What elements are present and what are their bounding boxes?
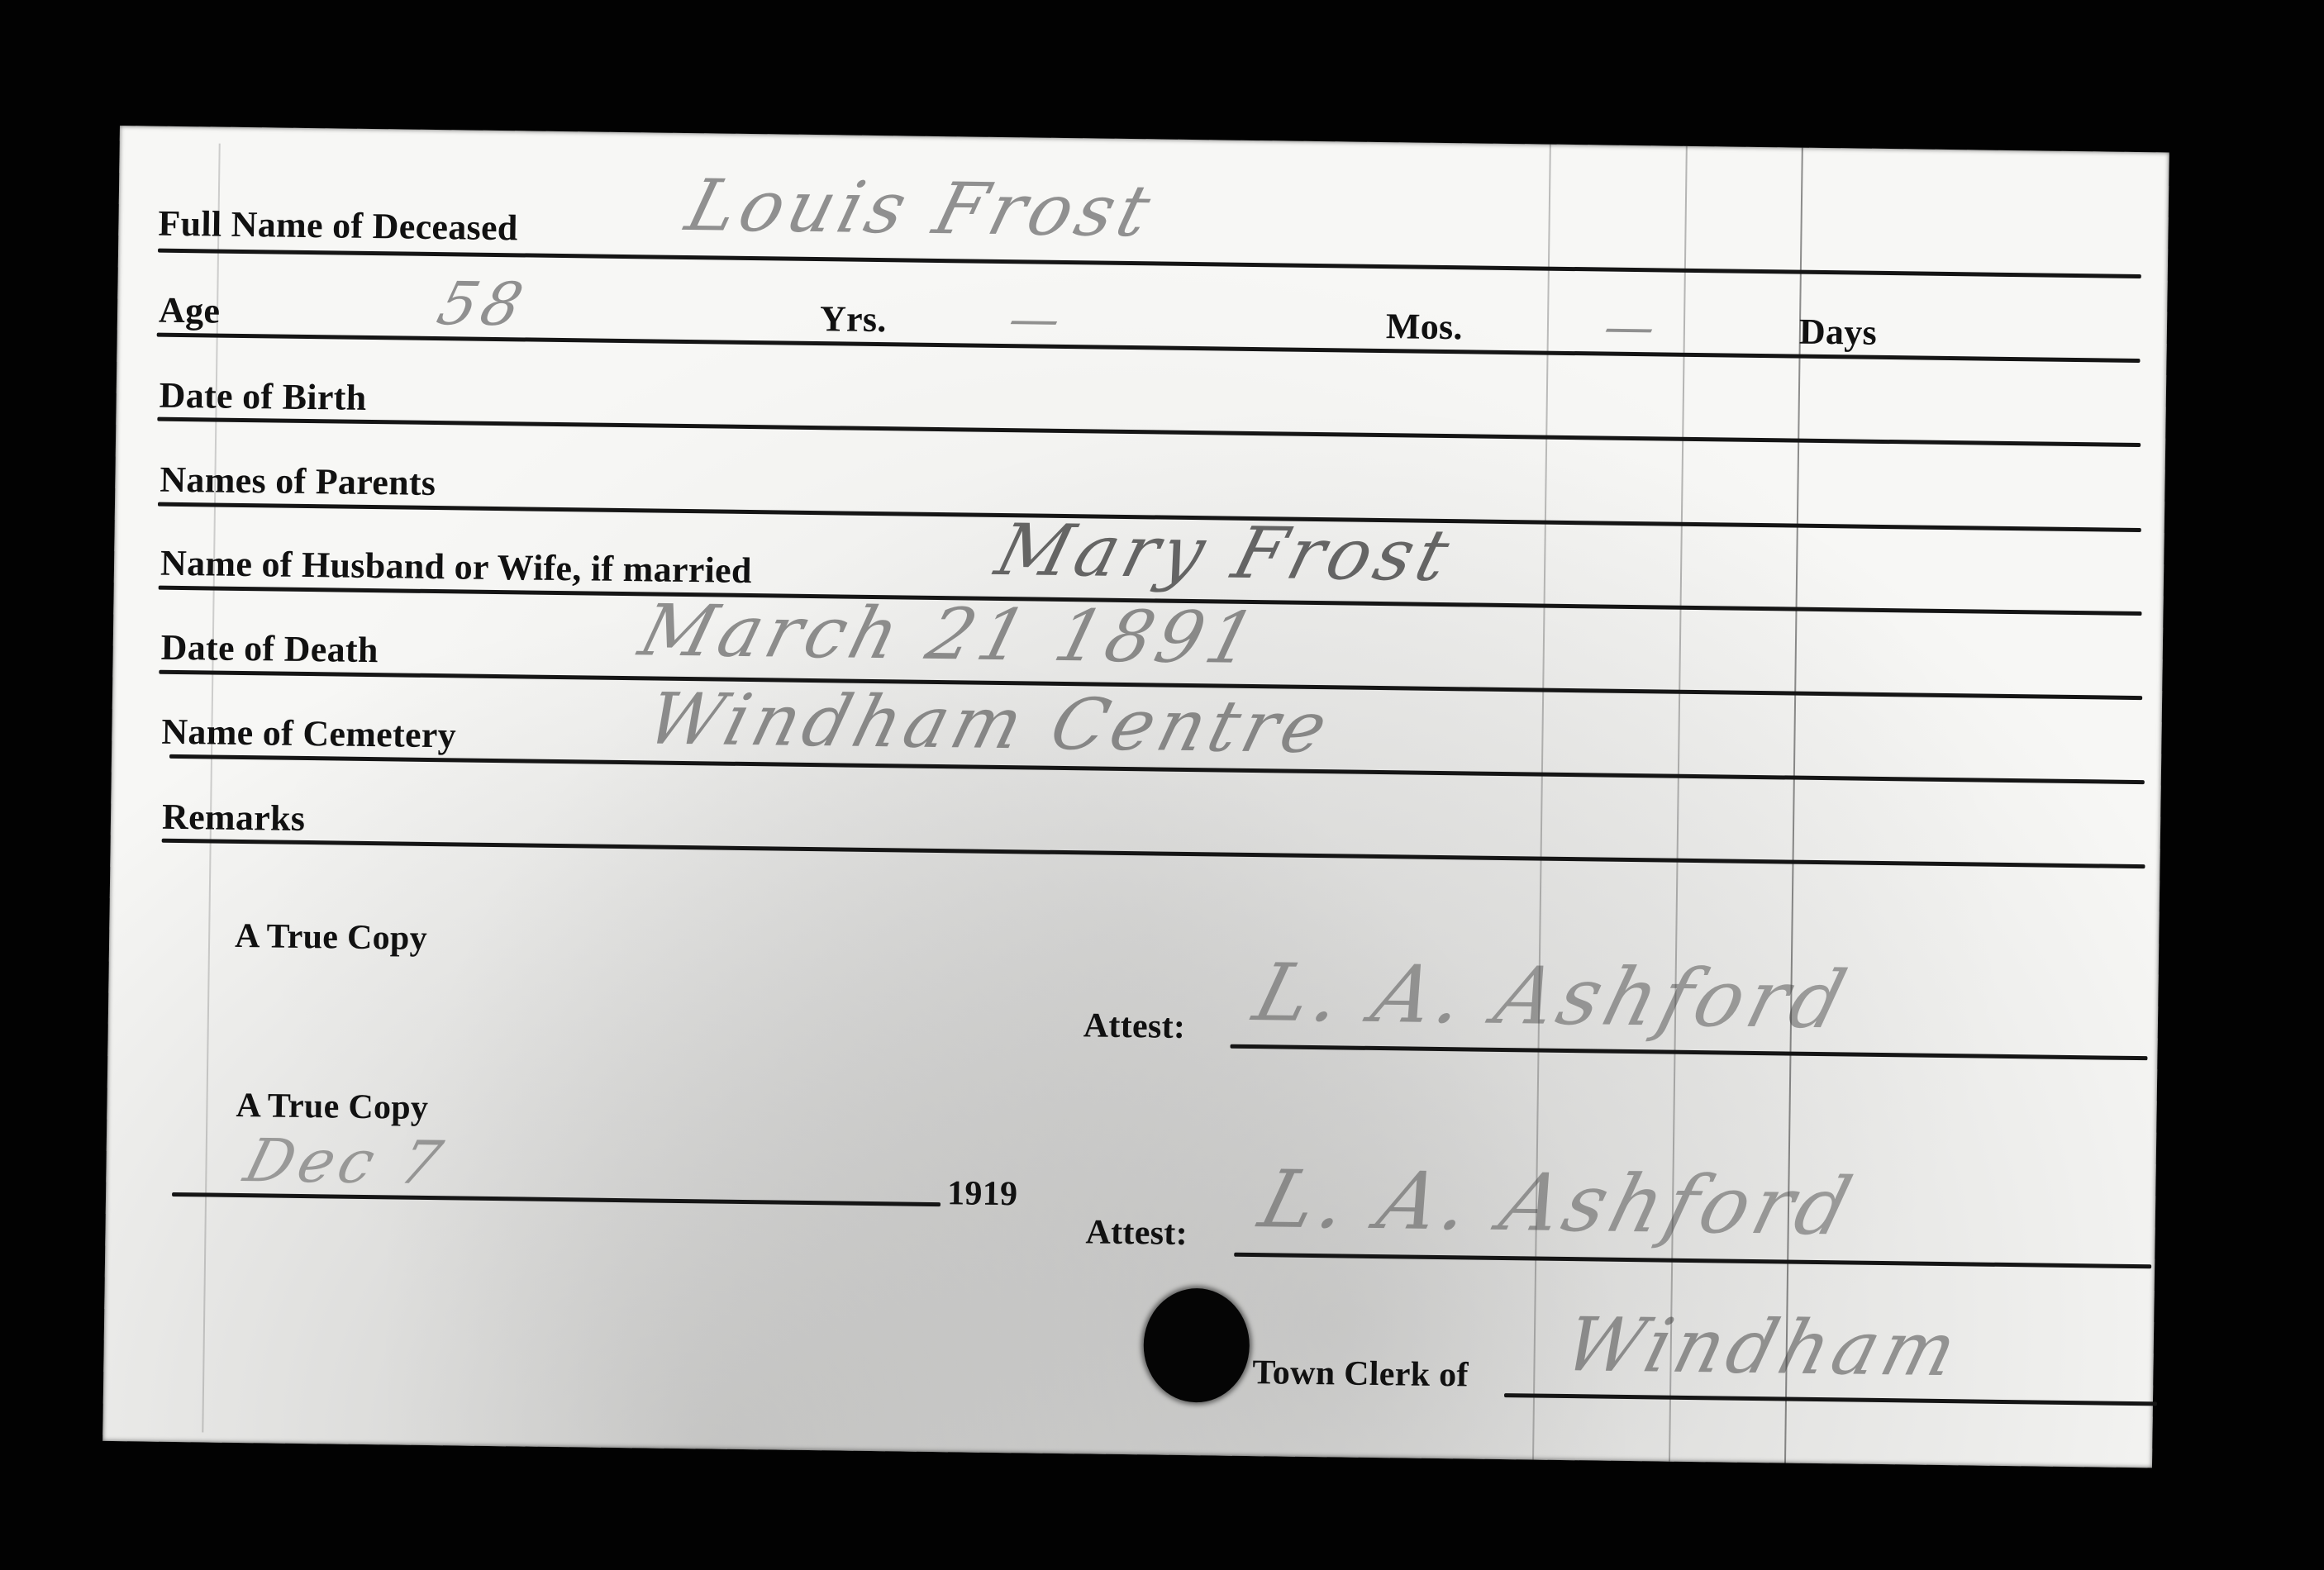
months-value: —	[1598, 298, 1662, 357]
years-label: Yrs.	[820, 297, 887, 340]
spouse-value: Mary Frost	[988, 509, 1462, 597]
date-of-death-label: Date of Death	[160, 626, 379, 671]
cemetery-label: Name of Cemetery	[161, 711, 456, 757]
town-clerk-label: Town Clerk of	[1252, 1353, 1469, 1395]
age-value: 58	[431, 269, 535, 339]
years-value: —	[1002, 290, 1067, 349]
attest-signature-1: L. A. Ashford	[1245, 946, 1860, 1046]
days-label: Days	[1799, 311, 1878, 354]
attest-rule-1	[1230, 1044, 2147, 1061]
town-value: Windham	[1555, 1301, 1970, 1393]
true-copy-label-1: A True Copy	[235, 916, 427, 959]
date-of-death-value: March 21 1891	[631, 589, 1269, 679]
full-name-value: Louis Frost	[679, 164, 1164, 253]
attest-label-2: Attest:	[1085, 1212, 1188, 1254]
death-record-card: Full Name of Deceased Louis Frost Age 58…	[102, 126, 2169, 1468]
spouse-label: Name of Husband or Wife, if married	[160, 542, 752, 592]
true-copy-label-2: A True Copy	[236, 1086, 428, 1128]
date-of-birth-rule	[157, 417, 2141, 447]
parents-label: Names of Parents	[160, 459, 436, 504]
year-label: 1919	[947, 1173, 1018, 1214]
age-label: Age	[159, 289, 221, 332]
months-label: Mos.	[1386, 305, 1464, 348]
town-clerk-rule	[1504, 1393, 2157, 1406]
punch-hole	[1143, 1287, 1250, 1403]
date-rule	[172, 1192, 941, 1206]
remarks-rule	[162, 839, 2145, 868]
attest-signature-2: L. A. Ashford	[1250, 1153, 1865, 1253]
attest-label-1: Attest:	[1083, 1006, 1186, 1047]
vertical-rule	[1532, 145, 1551, 1460]
full-name-label: Full Name of Deceased	[158, 202, 518, 250]
remarks-label: Remarks	[162, 796, 306, 840]
date-of-birth-label: Date of Birth	[159, 374, 366, 419]
date-handwritten: Dec 7	[238, 1125, 454, 1197]
attest-rule-2	[1234, 1253, 2151, 1269]
vertical-rule	[1669, 146, 1688, 1462]
cemetery-value: Windham Centre	[639, 678, 1341, 769]
